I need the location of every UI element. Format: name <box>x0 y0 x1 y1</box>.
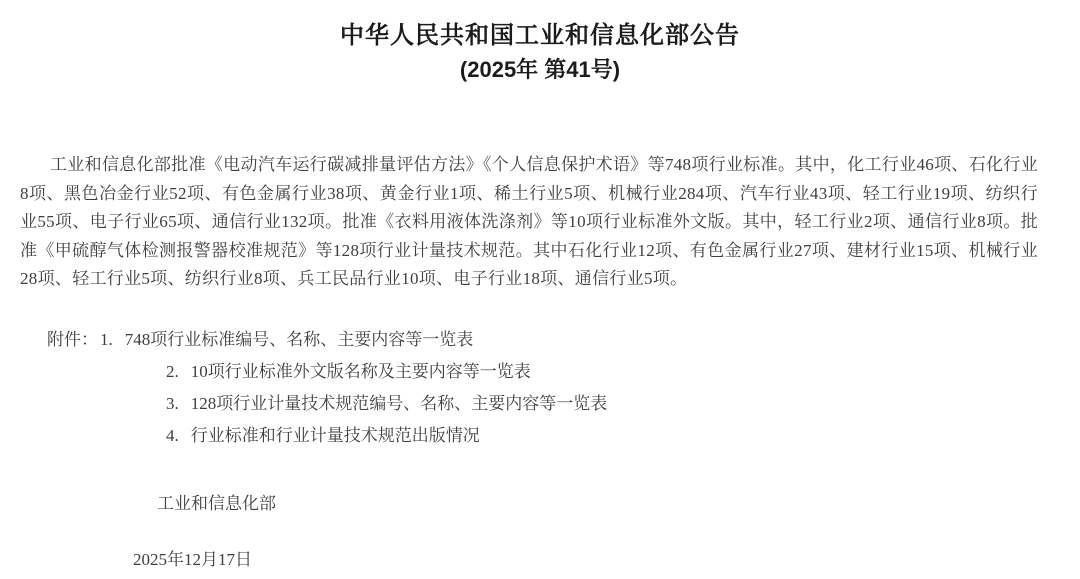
attachment-text-4: 行业标准和行业计量技术规范出版情况 <box>191 426 480 445</box>
attachment-item-2: 2.10项行业标准外文版名称及主要内容等一览表 <box>166 356 1080 388</box>
attachment-number-4: 4. <box>166 420 179 452</box>
announcement-number: (2025年 第41号) <box>0 57 1080 83</box>
attachment-text-1: 748项行业标准编号、名称、主要内容等一览表 <box>125 330 474 349</box>
attachment-text-2: 10项行业标准外文版名称及主要内容等一览表 <box>191 362 531 381</box>
document-header: 中华人民共和国工业和信息化部公告 (2025年 第41号) <box>0 0 1080 83</box>
announcement-title: 中华人民共和国工业和信息化部公告 <box>0 22 1080 50</box>
announcement-document: 中华人民共和国工业和信息化部公告 (2025年 第41号) 工业和信息化部批准《… <box>0 0 1080 579</box>
attachments-list: 附件：1.748项行业标准编号、名称、主要内容等一览表 2.10项行业标准外文版… <box>0 324 1080 452</box>
attachment-item-1: 附件：1.748项行业标准编号、名称、主要内容等一览表 <box>47 324 1080 356</box>
issue-date: 2025年12月17日 <box>133 550 1080 570</box>
issuer-signature: 工业和信息化部 <box>157 494 1080 514</box>
attachment-number-3: 3. <box>166 388 179 420</box>
attachment-item-4: 4.行业标准和行业计量技术规范出版情况 <box>166 420 1080 452</box>
attachment-text-3: 128项行业计量技术规范编号、名称、主要内容等一览表 <box>191 394 608 413</box>
attachment-number-2: 2. <box>166 356 179 388</box>
announcement-body-paragraph: 工业和信息化部批准《电动汽车运行碳减排量评估方法》《个人信息保护术语》等748项… <box>20 151 1038 294</box>
attachment-item-3: 3.128项行业计量技术规范编号、名称、主要内容等一览表 <box>166 388 1080 420</box>
attachment-number-1: 1. <box>100 324 113 356</box>
attachments-label: 附件： <box>47 330 98 349</box>
